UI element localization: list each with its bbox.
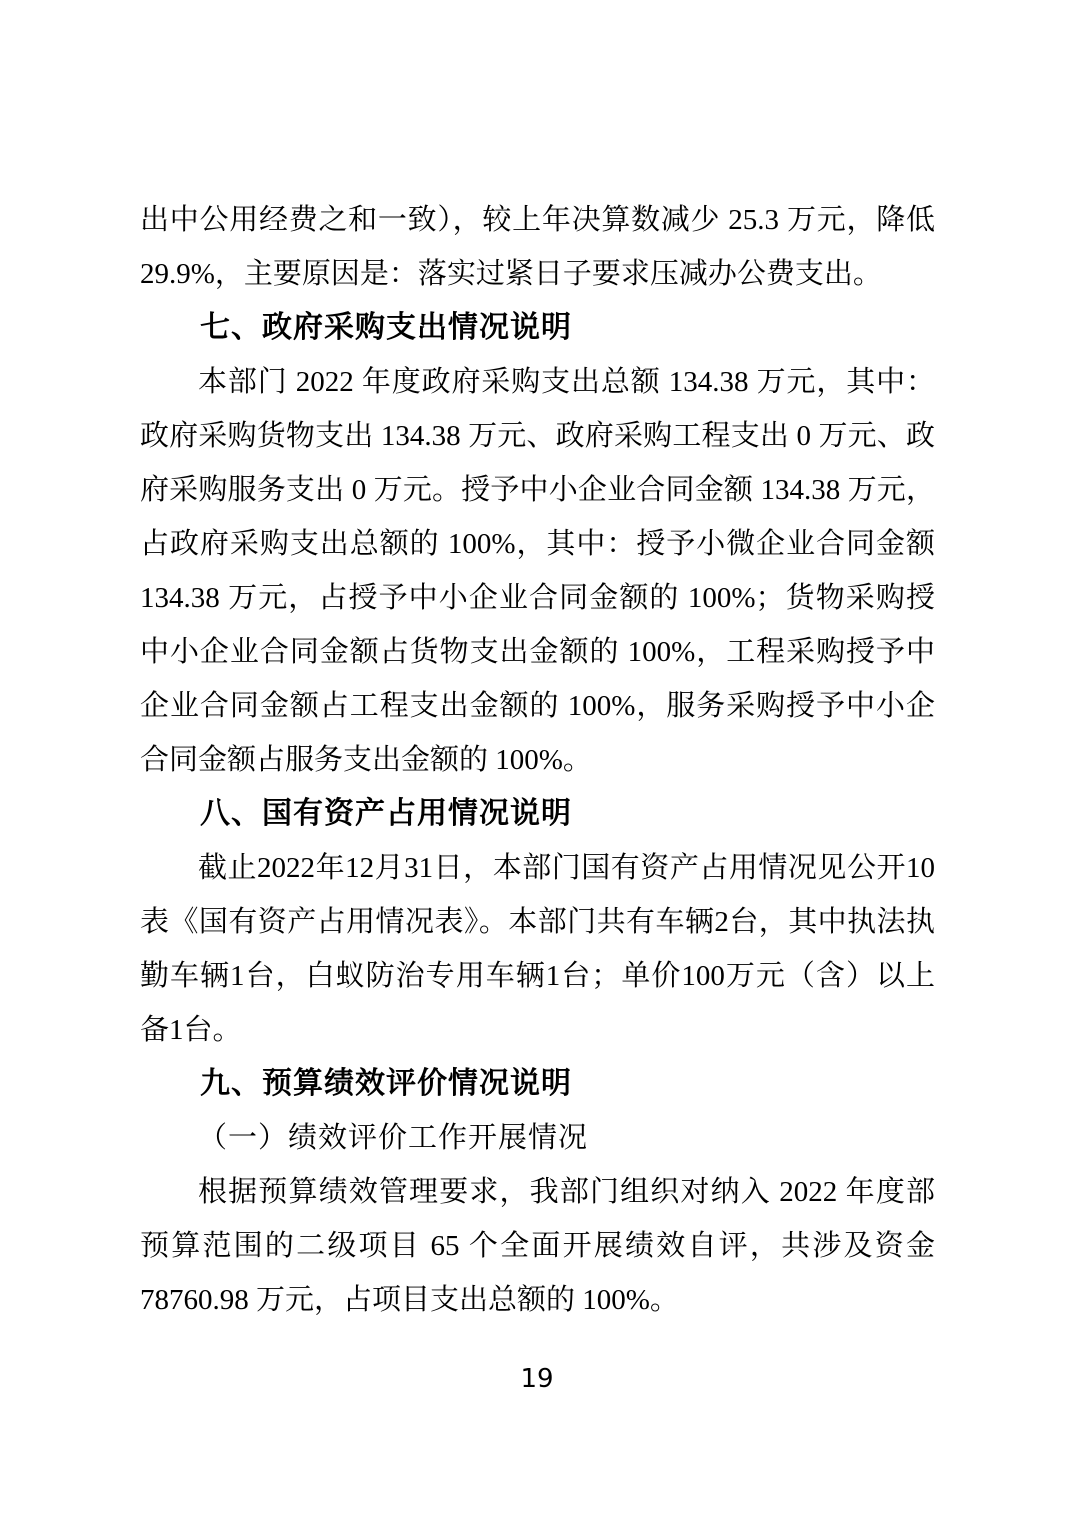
body-line: 中小企业合同金额占货物支出金额的 100%，工程采购授予中小	[140, 625, 935, 679]
body-line: 78760.98 万元，占项目支出总额的 100%。	[140, 1273, 935, 1327]
body-line: 府采购服务支出 0 万元。授予中小企业合同金额 134.38 万元，	[140, 463, 935, 517]
body-line: 备1台。	[140, 1003, 935, 1057]
document-page: 出中公用经费之和一致），较上年决算数减少 25.3 万元，降低29.9%，主要原…	[0, 0, 1074, 1520]
body-line: 截止2022年12月31日，本部门国有资产占用情况见公开10	[140, 841, 935, 895]
body-line: 企业合同金额占工程支出金额的 100%，服务采购授予中小企业	[140, 679, 935, 733]
body-line: 出中公用经费之和一致），较上年决算数减少 25.3 万元，降低	[140, 193, 935, 247]
body-line: 政府采购货物支出 134.38 万元、政府采购工程支出 0 万元、政	[140, 409, 935, 463]
body-line: 134.38 万元，占授予中小企业合同金额的 100%；货物采购授予	[140, 571, 935, 625]
section-heading: 九、预算绩效评价情况说明	[140, 1057, 935, 1111]
section-heading: 七、政府采购支出情况说明	[140, 301, 935, 355]
page-number: 19	[0, 1364, 1074, 1394]
body-line: 根据预算绩效管理要求，我部门组织对纳入 2022 年度部门	[140, 1165, 935, 1219]
body-line: 占政府采购支出总额的 100%，其中：授予小微企业合同金额	[140, 517, 935, 571]
section-heading: 八、国有资产占用情况说明	[140, 787, 935, 841]
body-line: 本部门 2022 年度政府采购支出总额 134.38 万元，其中：	[140, 355, 935, 409]
body-line: 预算范围的二级项目 65 个全面开展绩效自评，共涉及资金	[140, 1219, 935, 1273]
body-line: 合同金额占服务支出金额的 100%。	[140, 733, 935, 787]
sub-heading: （一）绩效评价工作开展情况	[140, 1111, 935, 1165]
document-body: 出中公用经费之和一致），较上年决算数减少 25.3 万元，降低29.9%，主要原…	[140, 193, 935, 1327]
body-line: 29.9%，主要原因是：落实过紧日子要求压减办公费支出。	[140, 247, 935, 301]
body-line: 表《国有资产占用情况表》。本部门共有车辆2台，其中执法执	[140, 895, 935, 949]
body-line: 勤车辆1台，白蚁防治专用车辆1台；单价100万元（含）以上设	[140, 949, 935, 1003]
